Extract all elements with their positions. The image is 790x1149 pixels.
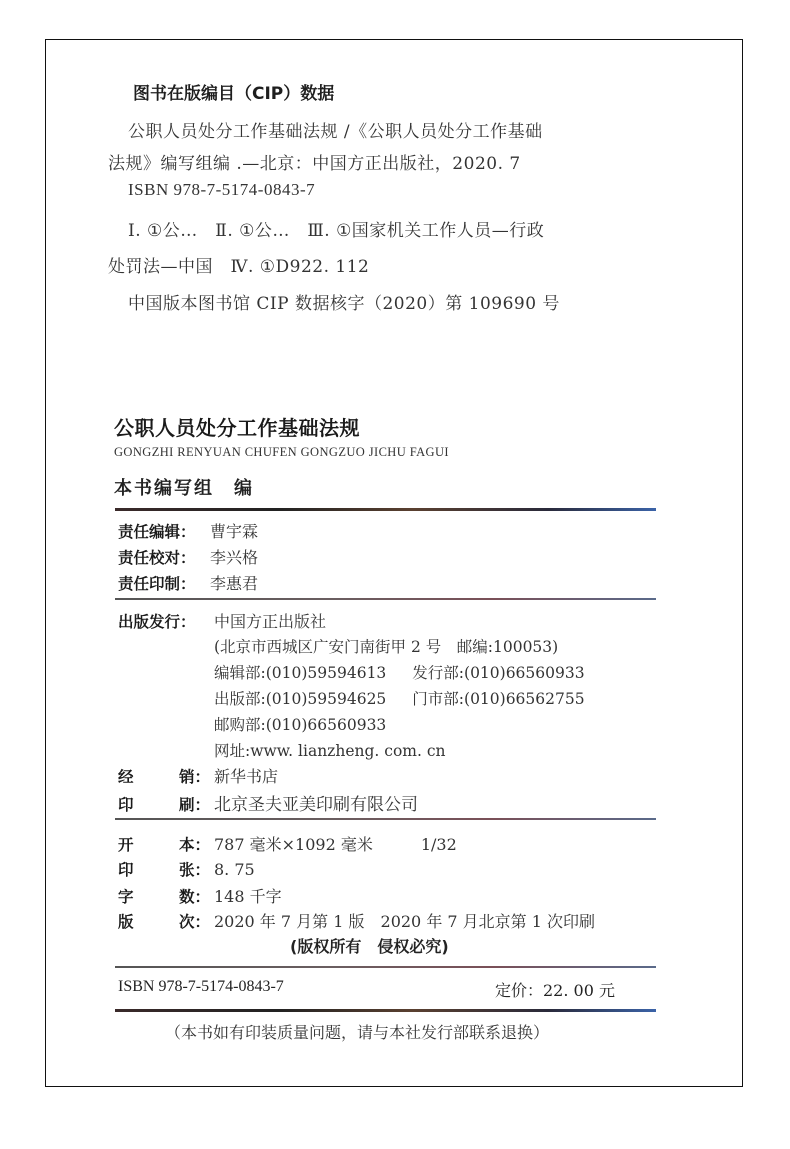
spec-word-count-value: 148 千字 [214,884,282,907]
divider-rule [115,818,656,820]
contact-row: 编辑部:(010)59594613发行部:(010)66560933 [214,661,585,683]
cip-line-publisher: 法规》编写组编 .—北京：中国方正出版社，2020. 7 [108,149,521,174]
price: 定价：22. 00 元 [495,978,615,1001]
cip-line-classification: Ⅰ. ①公… Ⅱ. ①公… Ⅲ. ①国家机关工作人员—行政 [128,216,544,241]
spec-sheets-value: 8. 75 [214,860,255,879]
staff-proofreader: 责任校对： 李兴格 [118,545,258,568]
staff-editor: 责任编辑： 曹宇霖 [118,519,258,542]
contact-editorial: 编辑部:(010)59594613 [214,664,386,682]
printer-row: 印刷： 北京圣夫亚美印刷有限公司 [118,790,418,815]
divider-rule [115,508,656,511]
contact-distribution: 发行部:(010)66560933 [412,664,584,682]
staff-proofreader-value: 李兴格 [210,545,258,568]
spec-format: 开本： 787 毫米×1092 毫米 1/32 [118,832,457,855]
contact-store: 门市部:(010)66562755 [412,690,584,708]
cip-heading: 图书在版编目（CIP）数据 [133,79,334,104]
contact-row: 出版部:(010)59594625门市部:(010)66562755 [214,687,585,709]
contact-mail-order: 邮购部:(010)66560933 [214,713,386,735]
staff-printing-label: 责任印制： [118,572,210,594]
contact-publishing: 出版部:(010)59594625 [214,690,386,708]
spec-format-label: 开本： [118,833,214,855]
printer-value: 北京圣夫亚美印刷有限公司 [214,790,418,815]
cip-line-classification-cont: 处罚法—中国 Ⅳ. ①D922. 112 [108,252,369,277]
spec-word-count-label: 字数： [118,885,214,907]
staff-proofreader-label: 责任校对： [118,546,210,568]
copyright-notice: (版权所有 侵权必究) [290,934,449,957]
spec-edition-label: 版次： [118,910,214,932]
book-title: 公职人员处分工作基础法规 [114,412,360,441]
divider-rule [115,1009,656,1012]
staff-printing-value: 李惠君 [210,571,258,594]
book-title-pinyin: GONGZHI RENYUAN CHUFEN GONGZUO JICHU FAG… [114,445,449,460]
spec-edition-value: 2020 年 7 月第 1 版 2020 年 7 月北京第 1 次印刷 [214,909,595,932]
printer-label: 印刷： [118,793,214,815]
distributor-label: 经销： [118,765,214,787]
book-compiler: 本书编写组 编 [114,474,254,500]
staff-editor-value: 曹宇霖 [210,519,258,542]
divider-rule [115,966,656,968]
quality-notice: （本书如有印装质量问题，请与本社发行部联系退换） [165,1020,549,1043]
distributor-value: 新华书店 [214,764,278,787]
publisher-address: (北京市西城区广安门南街甲 2 号 邮编:100053) [214,635,558,657]
cip-line-isbn: ISBN 978-7-5174-0843-7 [128,180,315,200]
publisher-name: 中国方正出版社 [214,609,326,632]
spec-word-count: 字数： 148 千字 [118,884,282,907]
spec-format-value: 787 毫米×1092 毫米 1/32 [214,832,457,855]
spec-sheets-label: 印张： [118,858,214,880]
publisher-row: 出版发行： 中国方正出版社 [118,609,326,632]
cip-line-record-number: 中国版本图书馆 CIP 数据核字（2020）第 109690 号 [128,289,560,314]
staff-printing: 责任印制： 李惠君 [118,571,258,594]
publisher-website: 网址:www. lianzheng. com. cn [214,739,446,761]
staff-editor-label: 责任编辑： [118,520,210,542]
divider-rule [115,598,656,600]
spec-sheets: 印张： 8. 75 [118,858,255,880]
isbn: ISBN 978-7-5174-0843-7 [118,978,284,996]
publisher-label: 出版发行： [118,610,214,632]
spec-edition: 版次： 2020 年 7 月第 1 版 2020 年 7 月北京第 1 次印刷 [118,909,595,932]
distributor-row: 经销： 新华书店 [118,764,278,787]
cip-line-title: 公职人员处分工作基础法规 /《公职人员处分工作基础 [128,117,543,142]
